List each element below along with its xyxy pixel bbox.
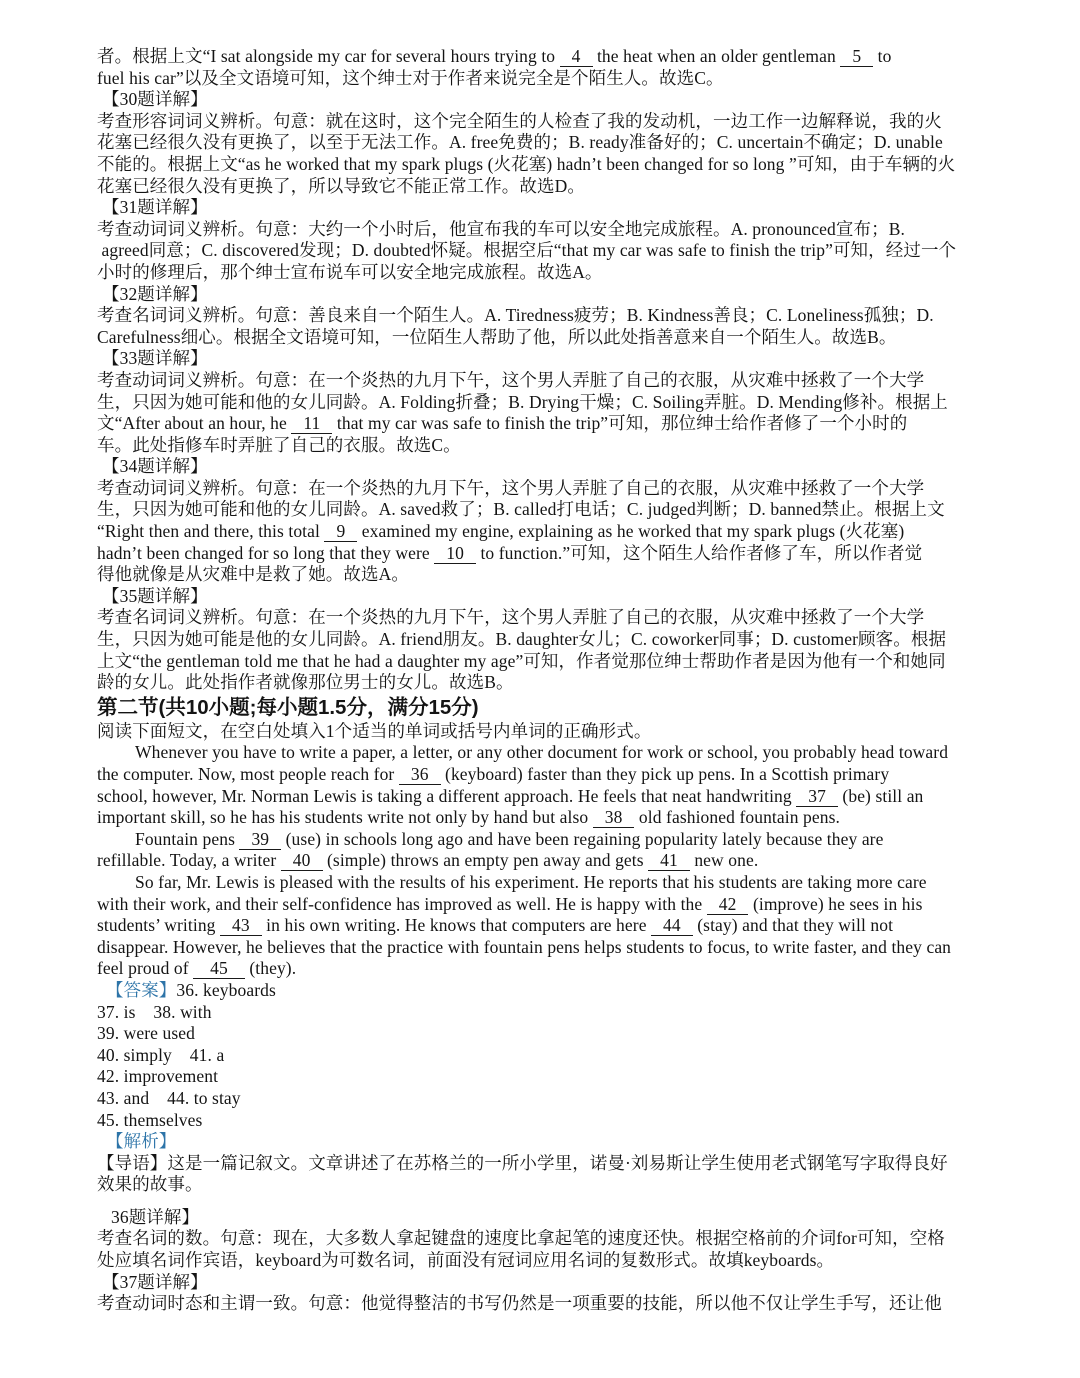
answer-line: 43. and 44. to stay (97, 1088, 988, 1110)
text-run: 42. improvement (97, 1066, 218, 1086)
answer-line: 40. simply 41. a (97, 1045, 988, 1067)
text-line: 考查名词词义辨析。句意：善良来自一个陌生人。A. Tiredness疲劳；B. … (97, 305, 988, 327)
fill-blank-number: 43 (220, 915, 262, 936)
text-run: to (873, 46, 891, 66)
text-line: 车。此处指修车时弄脏了自己的衣服。故选C。 (97, 435, 988, 457)
text-run: 花塞已经很久没有更换了，所以导致它不能正常工作。故选D。 (97, 176, 585, 196)
fill-blank-number: 5 (840, 46, 873, 67)
text-line: 考查名词词义辨析。句意：在一个炎热的九月下午，这个男人弄脏了自己的衣服，从灾难中… (97, 607, 988, 629)
text-line: Carefulness细心。根据全文语境可知，一位陌生人帮助了他，所以此处指善意… (97, 327, 988, 349)
passage-line: refillable. Today, a writer 40 (simple) … (97, 850, 988, 872)
text-run: 者。根据上文“I sat alongside my car for severa… (97, 46, 560, 66)
text-run: 考查名词词义辨析。句意：善良来自一个陌生人。A. Tiredness疲劳；B. … (97, 305, 934, 325)
text-run: (use) in schools long ago and have been … (281, 829, 883, 849)
passage-line: the computer. Now, most people reach for… (97, 764, 988, 786)
text-run: 45. themselves (97, 1110, 202, 1130)
text-run: 36题详解】 (111, 1207, 199, 1227)
text-run: 考查名词的数。句意：现在，大多数人拿起键盘的速度比拿起笔的速度还快。根据空格前的… (97, 1228, 945, 1248)
detail-label-37: 【37题详解】 (97, 1272, 988, 1294)
text-line: 考查动词词义辨析。句意：大约一个小时后，他宣布我的车可以安全地完成旅程。A. p… (97, 219, 988, 241)
text-line: fuel his car”以及全文语境可知，这个绅士对于作者来说完全是个陌生人。… (97, 68, 988, 90)
text-run: the computer. Now, most people reach for (97, 764, 399, 784)
fill-blank-number: 41 (648, 850, 690, 871)
text-run: 文“After about an hour, he (97, 413, 291, 433)
text-run: 考查动词时态和主谓一致。句意：他觉得整洁的书写仍然是一项重要的技能，所以他不仅让… (97, 1293, 942, 1313)
detail-label-34: 【34题详解】 (97, 456, 988, 478)
text-run: 40. simply 41. a (97, 1045, 224, 1065)
text-line: “Right then and there, this total 9 exam… (97, 521, 988, 543)
text-run: 【31题详解】 (102, 197, 208, 217)
text-run: (be) still an (838, 786, 923, 806)
text-line: agreed同意；C. discovered发现；D. doubted怀疑。根据… (97, 240, 988, 262)
text-run: 考查动词词义辨析。句意：在一个炎热的九月下午，这个男人弄脏了自己的衣服，从灾难中… (97, 478, 924, 498)
fill-blank-number: 40 (281, 850, 323, 871)
text-run: 39. were used (97, 1023, 195, 1043)
section-heading: 第二节(共10小题;每小题1.5分，满分15分) (97, 694, 988, 721)
text-run: 【解析】 (106, 1131, 176, 1151)
text-run: 【30题详解】 (102, 89, 208, 109)
text-run: to function.”可知，这个陌生人给作者修了车，所以作者觉 (476, 543, 922, 563)
text-run: 车。此处指修车时弄脏了自己的衣服。故选C。 (97, 435, 461, 455)
text-run: new one. (690, 850, 758, 870)
text-run: 【37题详解】 (102, 1272, 208, 1292)
text-run: examined my engine, explaining as he wor… (357, 521, 904, 541)
text-run: 【34题详解】 (102, 456, 208, 476)
text-line: 【导语】这是一篇记叙文。文章讲述了在苏格兰的一所小学里，诺曼·刘易斯让学生使用老… (97, 1153, 988, 1175)
text-line: 生，只因为她可能和他的女儿同龄。A. saved救了；B. called打电话；… (97, 499, 988, 521)
text-line: 上文“the gentleman told me that he had a d… (97, 651, 988, 673)
fill-blank-number: 10 (434, 543, 476, 564)
fill-blank-number: 37 (796, 786, 838, 807)
text-run: (improve) he sees in his (748, 894, 922, 914)
text-line: 文“After about an hour, he 11 that my car… (97, 413, 988, 435)
detail-label-32: 【32题详解】 (97, 284, 988, 306)
passage-line: Whenever you have to write a paper, a le… (97, 742, 988, 764)
text-run: refillable. Today, a writer (97, 850, 281, 870)
text-line: 花塞已经很久没有更换了，以至于无法工作。A. free免费的；B. ready准… (97, 132, 988, 154)
answer-line: 37. is 38. with (97, 1002, 988, 1024)
text-run: 不能的。根据上文“as he worked that my spark plug… (97, 154, 955, 174)
text-run: hadn’t been changed for so long that the… (97, 543, 434, 563)
passage-line: So far, Mr. Lewis is pleased with the re… (97, 872, 988, 894)
text-run: important skill, so he has his students … (97, 807, 593, 827)
text-run: Whenever you have to write a paper, a le… (135, 742, 948, 762)
text-line: 考查动词词义辨析。句意：在一个炎热的九月下午，这个男人弄脏了自己的衣服，从灾难中… (97, 370, 988, 392)
text-run: 【32题详解】 (102, 284, 208, 304)
text-run: (keyboard) faster than they pick up pens… (441, 764, 890, 784)
answer-line: 【答案】36. keyboards (97, 980, 988, 1002)
fill-blank-number: 4 (560, 46, 593, 67)
text-run: 第二节(共10小题;每小题1.5分，满分15分) (97, 696, 479, 719)
text-run: 效果的故事。 (97, 1174, 203, 1194)
fill-blank-number: 45 (193, 958, 245, 979)
text-run: 37. is 38. with (97, 1002, 212, 1022)
text-run: 龄的女儿。此处指作者就像那位男士的女儿。故选B。 (97, 672, 514, 692)
fill-blank-number: 39 (239, 829, 281, 850)
text-run: 得他就像是从灾难中是救了她。故选A。 (97, 564, 409, 584)
text-line: 效果的故事。 (97, 1174, 988, 1196)
fill-blank-number: 9 (324, 521, 357, 542)
text-line: 生，只因为她可能和他的女儿同龄。A. Folding折叠；B. Drying干燥… (97, 392, 988, 414)
detail-label-30: 【30题详解】 (97, 89, 988, 111)
passage-line: school, however, Mr. Norman Lewis is tak… (97, 786, 988, 808)
text-line: 处应填名词作宾语，keyboard为可数名词，前面没有冠词应用名词的复数形式。故… (97, 1250, 988, 1272)
text-run: 36. keyboards (176, 980, 275, 1000)
text-run: with their work, and their self-confiden… (97, 894, 707, 914)
text-line: hadn’t been changed for so long that the… (97, 543, 988, 565)
text-run: disappear. However, he believes that the… (97, 937, 951, 957)
fill-blank-number: 38 (593, 807, 635, 828)
text-run: (they). (245, 958, 296, 978)
text-run: feel proud of (97, 958, 193, 978)
text-run: 考查形容词词义辨析。句意：就在这时，这个完全陌生的人检查了我的发动机，一边工作一… (97, 111, 942, 131)
text-run: agreed同意；C. discovered发现；D. doubted怀疑。根据… (97, 240, 956, 260)
passage-line: disappear. However, he believes that the… (97, 937, 988, 959)
text-run: 【答案】 (106, 980, 176, 1000)
text-line: 小时的修理后，那个绅士宣布说车可以安全地完成旅程。故选A。 (97, 262, 988, 284)
detail-label-33: 【33题详解】 (97, 348, 988, 370)
text-run: 上文“the gentleman told me that he had a d… (97, 651, 946, 671)
fill-blank-number: 11 (291, 413, 332, 434)
text-run: 考查动词词义辨析。句意：大约一个小时后，他宣布我的车可以安全地完成旅程。A. p… (97, 219, 905, 239)
text-run: that my car was safe to finish the trip”… (332, 413, 907, 433)
text-line: 生，只因为她可能是他的女儿同龄。A. friend朋友。B. daughter女… (97, 629, 988, 651)
text-run: 阅读下面短文，在空白处填入1个适当的单词或括号内单词的正确形式。 (97, 721, 651, 741)
text-run: (stay) and that they will not (693, 915, 893, 935)
text-run: students’ writing (97, 915, 220, 935)
text-run: 处应填名词作宾语，keyboard为可数名词，前面没有冠词应用名词的复数形式。故… (97, 1250, 834, 1270)
text-run: (simple) throws an empty pen away and ge… (323, 850, 649, 870)
text-run: 【导语】这是一篇记叙文。文章讲述了在苏格兰的一所小学里，诺曼·刘易斯让学生使用老… (97, 1153, 948, 1173)
text-run: So far, Mr. Lewis is pleased with the re… (135, 872, 927, 892)
fill-blank-number: 36 (399, 764, 441, 785)
text-run: 考查名词词义辨析。句意：在一个炎热的九月下午，这个男人弄脏了自己的衣服，从灾难中… (97, 607, 924, 627)
text-line: 考查名词的数。句意：现在，大多数人拿起键盘的速度比拿起笔的速度还快。根据空格前的… (97, 1228, 988, 1250)
text-run: 43. and 44. to stay (97, 1088, 241, 1108)
document-page: 者。根据上文“I sat alongside my car for severa… (0, 0, 1080, 1315)
text-run: old fashioned fountain pens. (634, 807, 840, 827)
passage-line: with their work, and their self-confiden… (97, 894, 988, 916)
text-line: 花塞已经很久没有更换了，所以导致它不能正常工作。故选D。 (97, 176, 988, 198)
detail-label-35: 【35题详解】 (97, 586, 988, 608)
text-run: 考查动词词义辨析。句意：在一个炎热的九月下午，这个男人弄脏了自己的衣服，从灾难中… (97, 370, 924, 390)
text-line: 考查动词时态和主谓一致。句意：他觉得整洁的书写仍然是一项重要的技能，所以他不仅让… (97, 1293, 988, 1315)
text-run: 【35题详解】 (102, 586, 208, 606)
detail-label-31: 【31题详解】 (97, 197, 988, 219)
detail-label-36: 36题详解】 (97, 1207, 988, 1229)
text-line: 者。根据上文“I sat alongside my car for severa… (97, 46, 988, 68)
text-run: 【33题详解】 (102, 348, 208, 368)
text-run: 生，只因为她可能和他的女儿同龄。A. Folding折叠；B. Drying干燥… (97, 392, 948, 412)
text-run: 生，只因为她可能是他的女儿同龄。A. friend朋友。B. daughter女… (97, 629, 946, 649)
text-line: 龄的女儿。此处指作者就像那位男士的女儿。故选B。 (97, 672, 988, 694)
passage-line: Fountain pens 39 (use) in schools long a… (97, 829, 988, 851)
text-run: in his own writing. He knows that comput… (262, 915, 651, 935)
text-run: Fountain pens (135, 829, 239, 849)
text-run: 小时的修理后，那个绅士宣布说车可以安全地完成旅程。故选A。 (97, 262, 603, 282)
fill-blank-number: 42 (707, 894, 749, 915)
text-line: 得他就像是从灾难中是救了她。故选A。 (97, 564, 988, 586)
text-run: 生，只因为她可能和他的女儿同龄。A. saved救了；B. called打电话；… (97, 499, 945, 519)
answer-line: 42. improvement (97, 1066, 988, 1088)
section-instruction: 阅读下面短文，在空白处填入1个适当的单词或括号内单词的正确形式。 (97, 721, 988, 743)
text-run: Carefulness细心。根据全文语境可知，一位陌生人帮助了他，所以此处指善意… (97, 327, 896, 347)
text-line: 考查形容词词义辨析。句意：就在这时，这个完全陌生的人检查了我的发动机，一边工作一… (97, 111, 988, 133)
text-run: school, however, Mr. Norman Lewis is tak… (97, 786, 796, 806)
passage-line: students’ writing 43 in his own writing.… (97, 915, 988, 937)
analysis-label: 【解析】 (97, 1131, 988, 1153)
text-run: fuel his car”以及全文语境可知，这个绅士对于作者来说完全是个陌生人。… (97, 68, 724, 88)
text-line: 考查动词词义辨析。句意：在一个炎热的九月下午，这个男人弄脏了自己的衣服，从灾难中… (97, 478, 988, 500)
fill-blank-number: 44 (651, 915, 693, 936)
passage-line: feel proud of 45 (they). (97, 958, 988, 980)
passage-line: important skill, so he has his students … (97, 807, 988, 829)
text-line: 不能的。根据上文“as he worked that my spark plug… (97, 154, 988, 176)
text-run: the heat when an older gentleman (593, 46, 841, 66)
answer-line: 39. were used (97, 1023, 988, 1045)
text-run: 花塞已经很久没有更换了，以至于无法工作。A. free免费的；B. ready准… (97, 132, 943, 152)
text-run: “Right then and there, this total (97, 521, 324, 541)
answer-line: 45. themselves (97, 1110, 988, 1132)
